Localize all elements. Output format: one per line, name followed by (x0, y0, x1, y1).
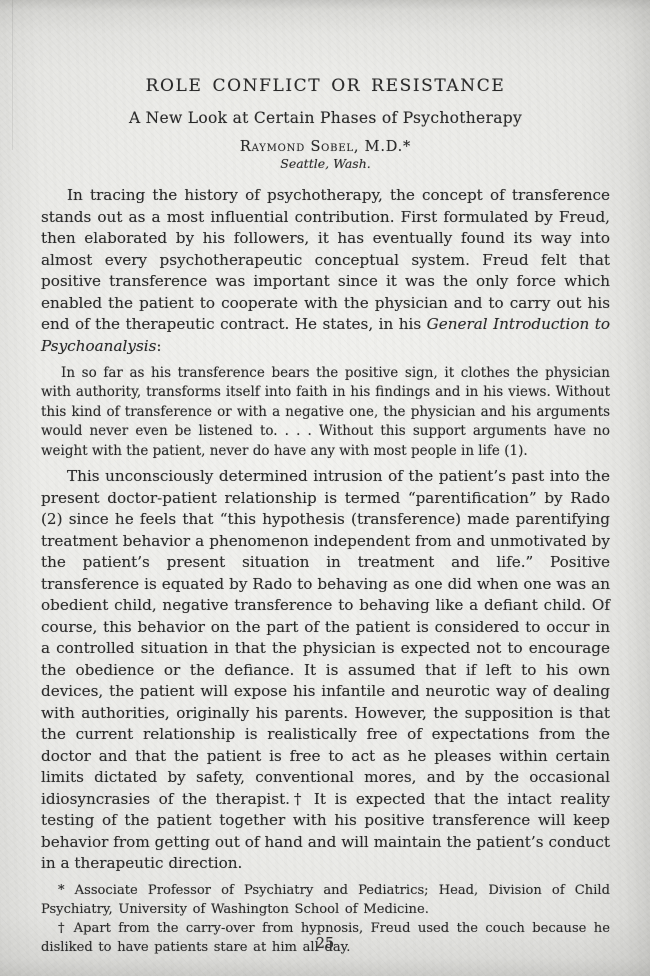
page-number: 25 (0, 936, 650, 952)
author-name: Raymond Sobel, M.D.* (41, 139, 610, 155)
article-subtitle: A New Look at Certain Phases of Psychoth… (41, 109, 610, 127)
footnote-asterisk: * Associate Professor of Psychiatry and … (41, 881, 610, 919)
article-title: ROLE CONFLICT OR RESISTANCE (41, 76, 610, 96)
paragraph-intro-colon: : (156, 337, 161, 355)
author-location: Seattle, Wash. (41, 156, 610, 171)
paragraph-intro-text: In tracing the history of psychotherapy,… (41, 186, 610, 333)
freud-blockquote: In so far as his transference bears the … (41, 364, 610, 461)
paragraph-main: This unconsciously determined intrusion … (41, 466, 610, 875)
paragraph-intro: In tracing the history of psychotherapy,… (41, 185, 610, 357)
page-content: ROLE CONFLICT OR RESISTANCE A New Look a… (41, 76, 610, 957)
scanned-paper-page: ROLE CONFLICT OR RESISTANCE A New Look a… (0, 0, 650, 976)
scan-artifact-line (12, 0, 13, 150)
